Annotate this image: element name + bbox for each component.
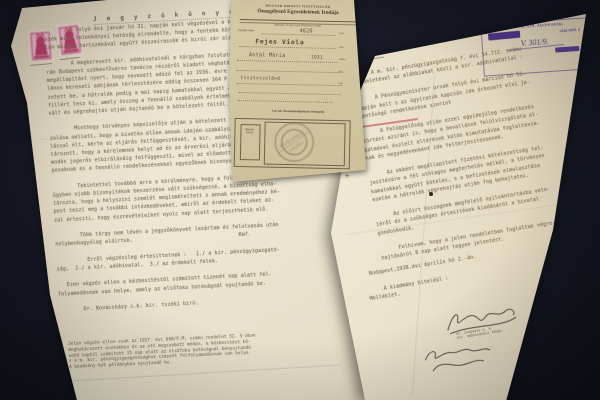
photo-of-documents: J e g y z ő k ö n y v . A folyó évi janu… <box>0 0 600 400</box>
card-header-large: Önsegélyező Egyesületének Irodája <box>235 8 361 17</box>
field-dotted-line <box>237 70 343 73</box>
stamp-box-small-label: Okmány bélyeg <box>240 128 258 135</box>
field-dotted-line <box>239 46 335 49</box>
field-dotted-line <box>236 83 342 86</box>
field-value: tisztviselőnő <box>241 76 281 82</box>
membership-card: MAGYAR KIRÁLYI TISZTVISELŐK Önsegélyező … <box>0 0 600 400</box>
card-content: MAGYAR KIRÁLYI TISZTVISELŐK Önsegélyező … <box>0 0 600 400</box>
membership-card-paper: MAGYAR KIRÁLYI TISZTVISELŐK Önsegélyező … <box>0 0 600 400</box>
field-value: Antal Mária <box>249 52 286 59</box>
field-side-label: lakása <box>339 58 355 61</box>
field-dotted-line <box>238 92 340 95</box>
field-side-label: szül. <box>339 46 355 49</box>
field-dotted-line <box>238 100 332 103</box>
field-value: 4620 <box>300 28 313 34</box>
field-dotted-line <box>261 33 335 36</box>
postmark-icon: BUDAPEST 938 ÁPR 1 <box>273 121 316 168</box>
field-label: Tagsági szám : <box>238 28 256 32</box>
field-value-name: Fejes Viola <box>255 37 304 46</box>
plus-mark: + <box>345 172 349 180</box>
field-side-label: utca <box>339 70 355 73</box>
card-section-label: A m. kir. Postatakarékpénztár bélyegzője <box>248 108 348 114</box>
field-value: 1931 <box>311 55 323 60</box>
field-side-label: neve <box>339 32 355 35</box>
field-side-label: fogl. <box>338 82 354 85</box>
